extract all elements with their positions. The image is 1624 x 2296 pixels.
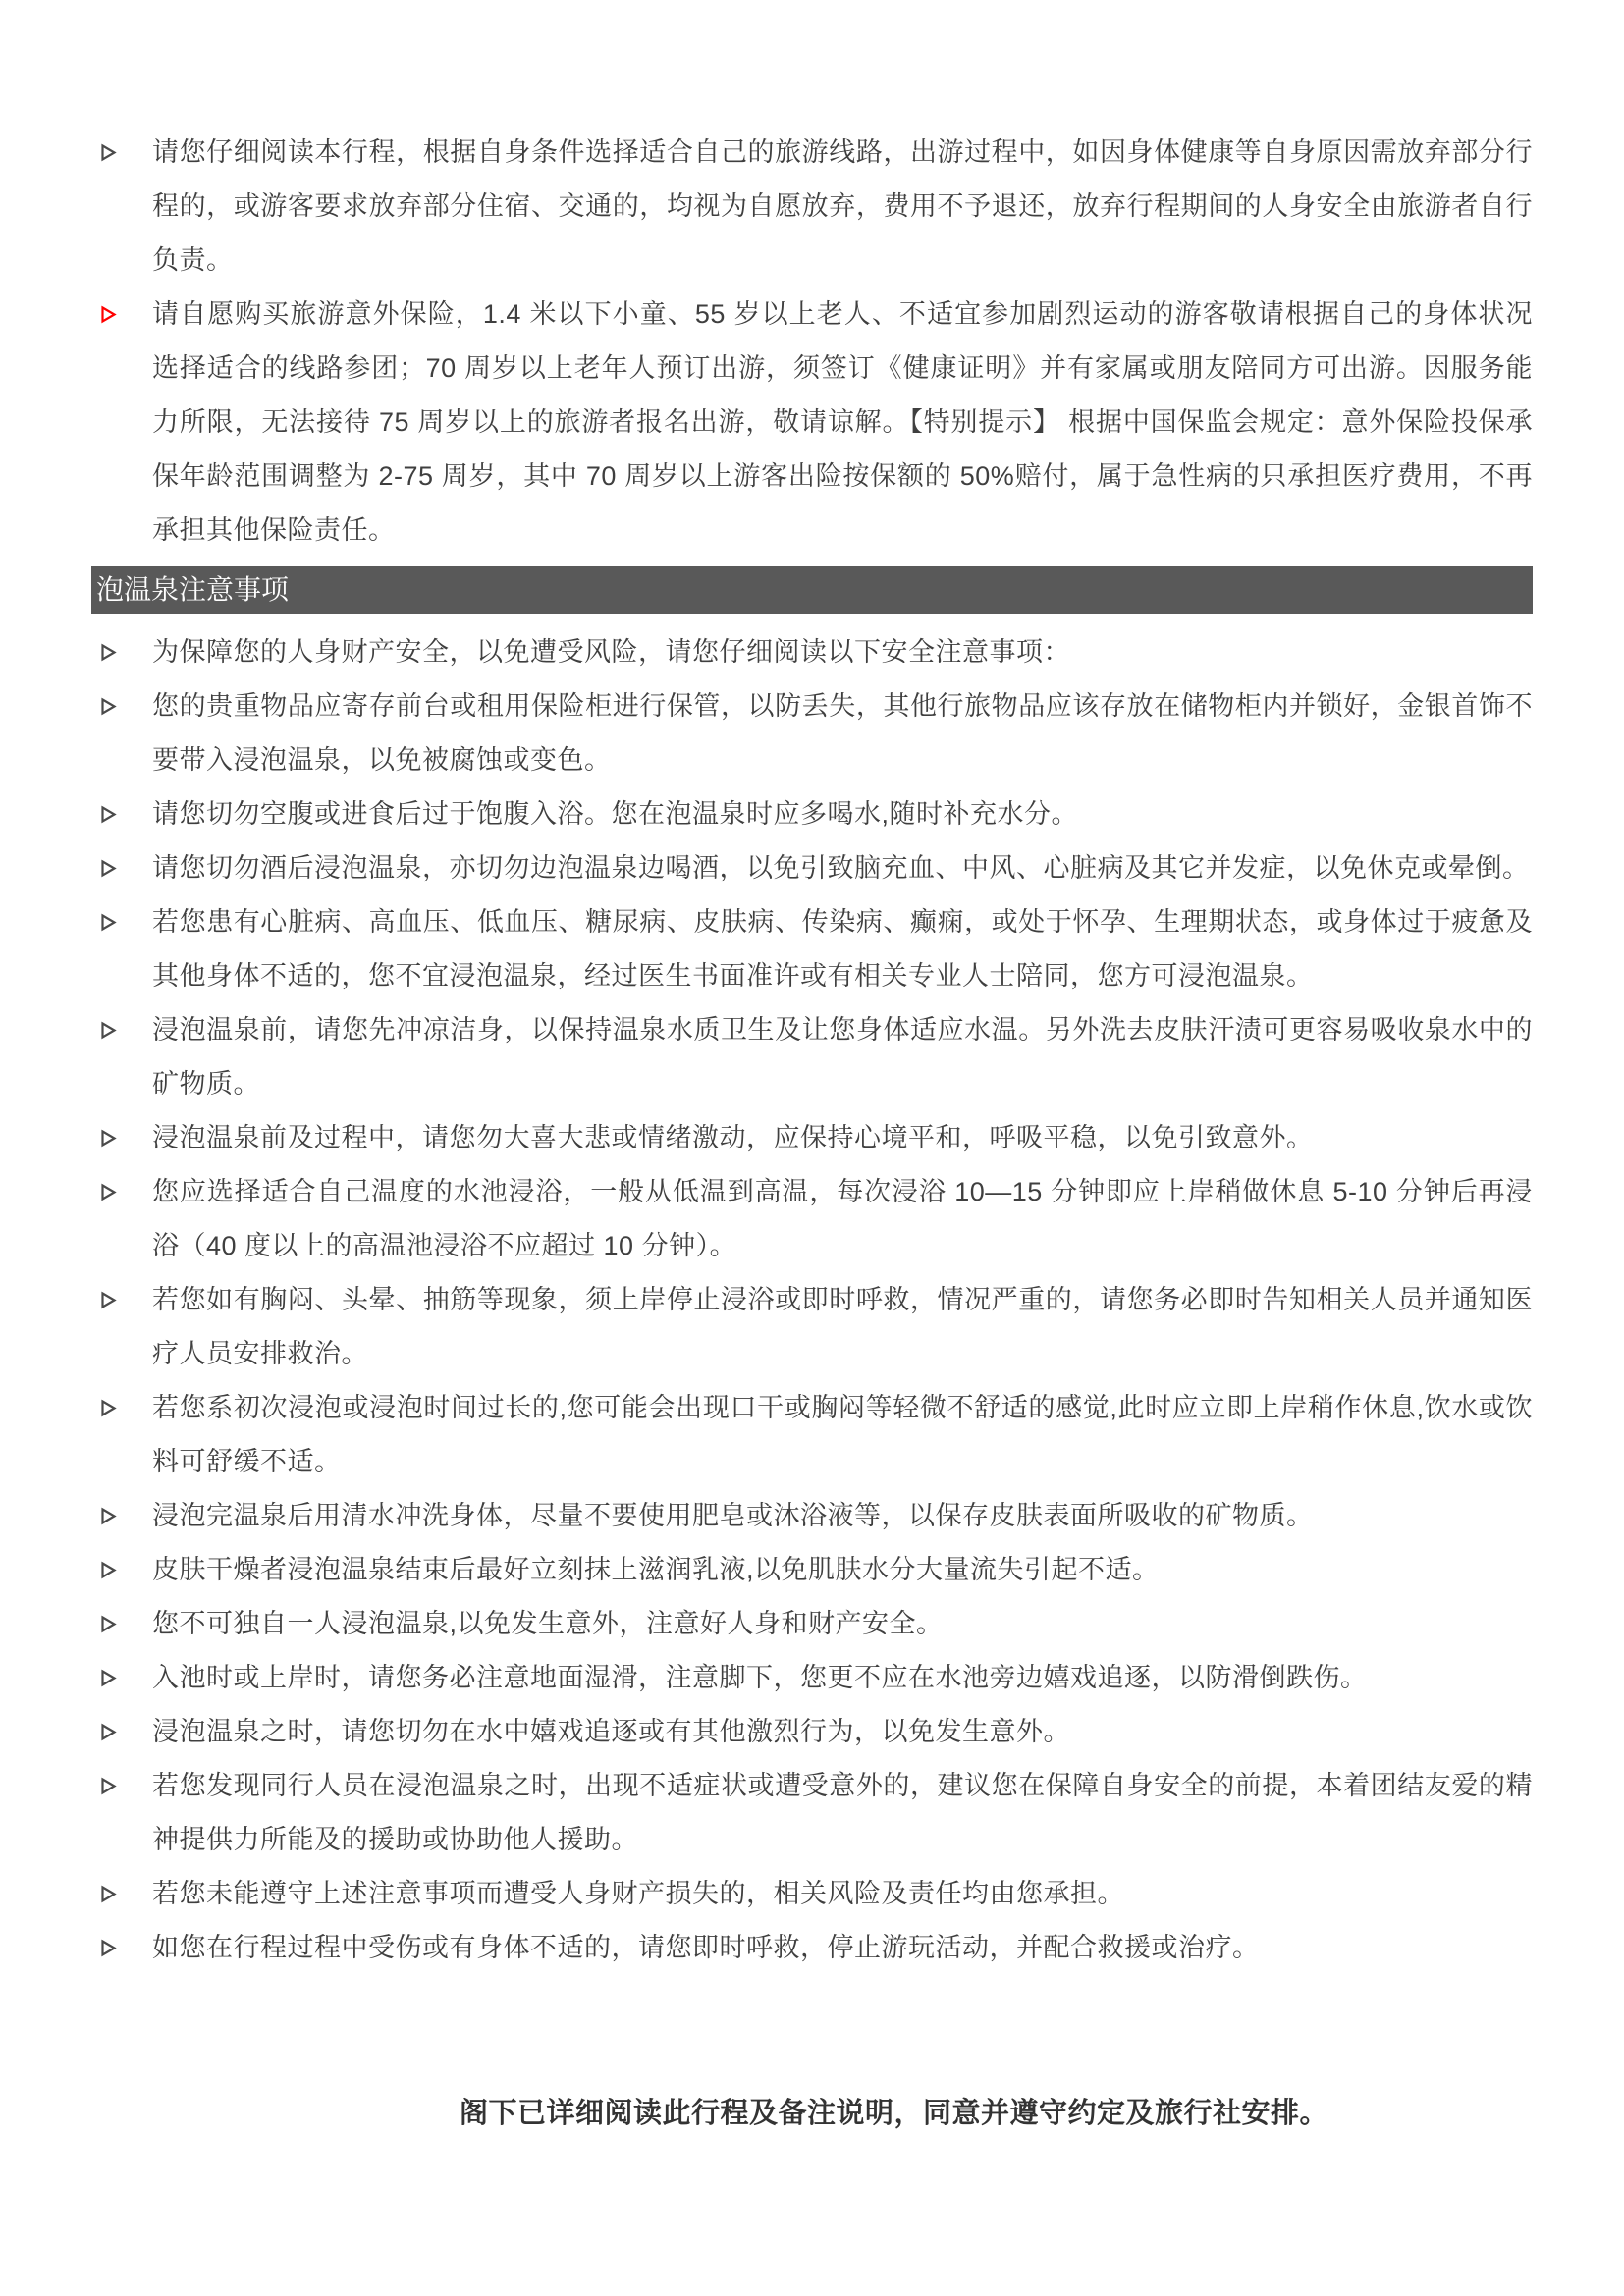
list-item: 您的贵重物品应寄存前台或租用保险柜进行保管，以防丢失，其他行旅物品应该存放在储物… [91,679,1533,787]
arrow-bullet-icon [91,288,152,342]
list-item: 您应选择适合自己温度的水池浸浴，一般从低温到高温，每次浸浴 10—15 分钟即应… [91,1165,1533,1273]
list-item: 请自愿购买旅游意外保险，1.4 米以下小童、55 岁以上老人、不适宜参加剧烈运动… [91,288,1533,558]
arrow-bullet-icon [91,679,152,733]
arrow-bullet-icon [91,1867,152,1921]
notice-text: 皮肤干燥者浸泡温泉结束后最好立刻抹上滋润乳液,以免肌肤水分大量流失引起不适。 [152,1543,1533,1597]
list-item: 浸泡完温泉后用清水冲洗身体，尽量不要使用肥皂或沐浴液等，以保存皮肤表面所吸收的矿… [91,1489,1533,1543]
list-item: 若您发现同行人员在浸泡温泉之时，出现不适症状或遭受意外的，建议您在保障自身安全的… [91,1759,1533,1867]
list-item: 请您切勿酒后浸泡温泉，亦切勿边泡温泉边喝酒，以免引致脑充血、中风、心脏病及其它并… [91,841,1533,895]
list-item: 入池时或上岸时，请您务必注意地面湿滑，注意脚下，您更不应在水池旁边嬉戏追逐，以防… [91,1651,1533,1705]
list-item: 浸泡温泉前及过程中，请您勿大喜大悲或情绪激动，应保持心境平和，呼吸平稳，以免引致… [91,1111,1533,1165]
arrow-bullet-icon [91,1489,152,1543]
intro-list: 请您仔细阅读本行程，根据自身条件选择适合自己的旅游线路，出游过程中，如因身体健康… [91,126,1533,558]
list-item: 若您如有胸闷、头晕、抽筋等现象，须上岸停止浸浴或即时呼救，情况严重的，请您务必即… [91,1273,1533,1381]
arrow-bullet-icon [91,895,152,949]
list-item: 若您患有心脏病、高血压、低血压、糖尿病、皮肤病、传染病、癫痫，或处于怀孕、生理期… [91,895,1533,1003]
section-title: 泡温泉注意事项 [96,574,289,605]
arrow-bullet-icon [91,1111,152,1165]
notice-text: 您的贵重物品应寄存前台或租用保险柜进行保管，以防丢失，其他行旅物品应该存放在储物… [152,679,1533,787]
arrow-bullet-icon [91,1921,152,1975]
notice-text: 请自愿购买旅游意外保险，1.4 米以下小童、55 岁以上老人、不适宜参加剧烈运动… [152,288,1533,558]
list-item: 请您仔细阅读本行程，根据自身条件选择适合自己的旅游线路，出游过程中，如因身体健康… [91,126,1533,288]
list-item: 若您未能遵守上述注意事项而遭受人身财产损失的，相关风险及责任均由您承担。 [91,1867,1533,1921]
notice-text: 若您未能遵守上述注意事项而遭受人身财产损失的，相关风险及责任均由您承担。 [152,1867,1533,1921]
notice-text: 为保障您的人身财产安全，以免遭受风险，请您仔细阅读以下安全注意事项： [152,625,1533,679]
notice-text: 请您仔细阅读本行程，根据自身条件选择适合自己的旅游线路，出游过程中，如因身体健康… [152,126,1533,288]
list-item: 浸泡温泉前，请您先冲凉洁身，以保持温泉水质卫生及让您身体适应水温。另外洗去皮肤汗… [91,1003,1533,1111]
notice-text: 若您系初次浸泡或浸泡时间过长的,您可能会出现口干或胸闷等轻微不舒适的感觉,此时应… [152,1381,1533,1489]
notice-text: 浸泡完温泉后用清水冲洗身体，尽量不要使用肥皂或沐浴液等，以保存皮肤表面所吸收的矿… [152,1489,1533,1543]
list-item: 为保障您的人身财产安全，以免遭受风险，请您仔细阅读以下安全注意事项： [91,625,1533,679]
notice-text: 请您切勿空腹或进食后过于饱腹入浴。您在泡温泉时应多喝水,随时补充水分。 [152,787,1533,841]
list-item: 浸泡温泉之时，请您切勿在水中嬉戏追逐或有其他激烈行为，以免发生意外。 [91,1705,1533,1759]
notice-text: 如您在行程过程中受伤或有身体不适的，请您即时呼救，停止游玩活动，并配合救援或治疗… [152,1921,1533,1975]
document-page: 请您仔细阅读本行程，根据自身条件选择适合自己的旅游线路，出游过程中，如因身体健康… [0,0,1624,2131]
arrow-bullet-icon [91,625,152,679]
list-item: 如您在行程过程中受伤或有身体不适的，请您即时呼救，停止游玩活动，并配合救援或治疗… [91,1921,1533,1975]
arrow-bullet-icon [91,1759,152,1813]
notice-text: 浸泡温泉前及过程中，请您勿大喜大悲或情绪激动，应保持心境平和，呼吸平稳，以免引致… [152,1111,1533,1165]
notice-text: 若您如有胸闷、头晕、抽筋等现象，须上岸停止浸浴或即时呼救，情况严重的，请您务必即… [152,1273,1533,1381]
arrow-bullet-icon [91,1273,152,1327]
notice-text: 请您切勿酒后浸泡温泉，亦切勿边泡温泉边喝酒，以免引致脑充血、中风、心脏病及其它并… [152,841,1533,895]
agreement-statement: 阁下已详细阅读此行程及备注说明，同意并遵守约定及旅行社安排。 [460,2091,1533,2131]
arrow-bullet-icon [91,1543,152,1597]
list-item: 您不可独自一人浸泡温泉,以免发生意外，注意好人身和财产安全。 [91,1597,1533,1651]
list-item: 请您切勿空腹或进食后过于饱腹入浴。您在泡温泉时应多喝水,随时补充水分。 [91,787,1533,841]
hot-spring-notice-list: 为保障您的人身财产安全，以免遭受风险，请您仔细阅读以下安全注意事项： 您的贵重物… [91,625,1533,1975]
arrow-bullet-icon [91,787,152,841]
notice-text: 您不可独自一人浸泡温泉,以免发生意外，注意好人身和财产安全。 [152,1597,1533,1651]
notice-text: 浸泡温泉之时，请您切勿在水中嬉戏追逐或有其他激烈行为，以免发生意外。 [152,1705,1533,1759]
notice-text: 入池时或上岸时，请您务必注意地面湿滑，注意脚下，您更不应在水池旁边嬉戏追逐，以防… [152,1651,1533,1705]
arrow-bullet-icon [91,841,152,895]
notice-text: 您应选择适合自己温度的水池浸浴，一般从低温到高温，每次浸浴 10—15 分钟即应… [152,1165,1533,1273]
section-header: 泡温泉注意事项 [91,566,1533,614]
arrow-bullet-icon [91,1381,152,1435]
arrow-bullet-icon [91,1165,152,1219]
notice-text: 若您发现同行人员在浸泡温泉之时，出现不适症状或遭受意外的，建议您在保障自身安全的… [152,1759,1533,1867]
notice-text: 浸泡温泉前，请您先冲凉洁身，以保持温泉水质卫生及让您身体适应水温。另外洗去皮肤汗… [152,1003,1533,1111]
notice-text: 若您患有心脏病、高血压、低血压、糖尿病、皮肤病、传染病、癫痫，或处于怀孕、生理期… [152,895,1533,1003]
arrow-bullet-icon [91,1651,152,1705]
arrow-bullet-icon [91,1597,152,1651]
arrow-bullet-icon [91,1003,152,1057]
arrow-bullet-icon [91,1705,152,1759]
list-item: 皮肤干燥者浸泡温泉结束后最好立刻抹上滋润乳液,以免肌肤水分大量流失引起不适。 [91,1543,1533,1597]
list-item: 若您系初次浸泡或浸泡时间过长的,您可能会出现口干或胸闷等轻微不舒适的感觉,此时应… [91,1381,1533,1489]
arrow-bullet-icon [91,126,152,180]
